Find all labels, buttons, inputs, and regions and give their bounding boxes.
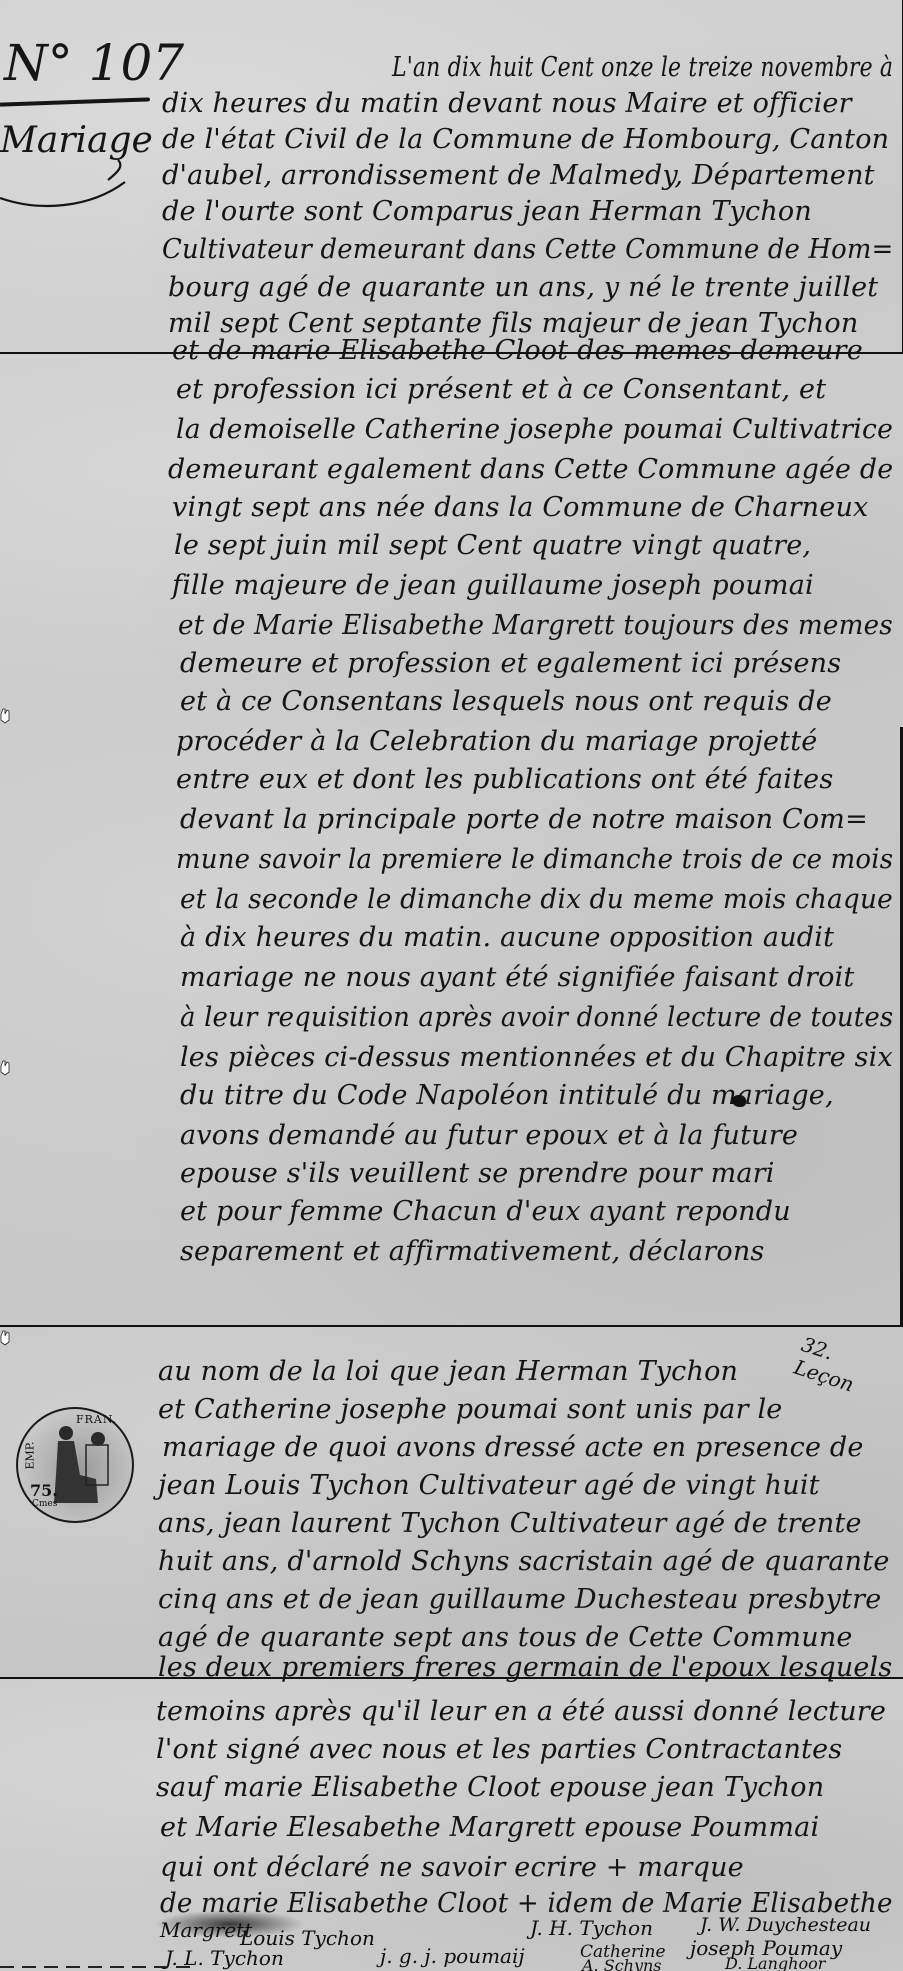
revenue-stamp: FRAN. EMP. 75. Cmes xyxy=(16,1407,134,1523)
text-line: à leur requisition après avoir donné lec… xyxy=(180,1002,893,1033)
text-line: demeure et profession et egalement ici p… xyxy=(180,648,841,679)
text-line: vingt sept ans née dans la Commune de Ch… xyxy=(172,492,868,523)
text-line: et à ce Consentans lesquels nous ont req… xyxy=(180,686,832,717)
hand-cursor-icon xyxy=(0,1330,10,1346)
text-line: L'an dix huit Cent onze le treize novemb… xyxy=(392,52,893,83)
text-line: mariage de quoi avons dressé acte en pre… xyxy=(162,1432,864,1463)
text-line: et profession ici présent et à ce Consen… xyxy=(176,374,826,405)
text-line: et pour femme Chacun d'eux ayant repondu xyxy=(180,1196,791,1227)
text-line: la demoiselle Catherine josephe poumai C… xyxy=(176,414,893,445)
hand-cursor-icon xyxy=(0,1060,10,1076)
text-line: Cultivateur demeurant dans Cette Commune… xyxy=(162,234,893,265)
text-line: ans, jean laurent Tychon Cultivateur agé… xyxy=(158,1508,862,1539)
text-line: au nom de la loi que jean Herman Tychon xyxy=(158,1356,738,1387)
text-line: huit ans, d'arnold Schyns sacristain agé… xyxy=(158,1546,890,1577)
text-line: separement et affirmativement, déclarons xyxy=(180,1236,764,1267)
text-line: le sept juin mil sept Cent quatre vingt … xyxy=(174,530,811,561)
text-line: et Marie Elesabethe Margrett epouse Poum… xyxy=(160,1812,819,1843)
text-line: cinq ans et de jean guillaume Duchesteau… xyxy=(158,1584,881,1615)
text-line: jean Louis Tychon Cultivateur agé de vin… xyxy=(158,1470,820,1501)
dashed-rule xyxy=(0,1966,190,1968)
text-line: et Catherine josephe poumai sont unis pa… xyxy=(158,1394,783,1425)
signature-jh-tychon: J. H. Tychon xyxy=(530,1916,653,1940)
hand-cursor-icon xyxy=(0,708,10,724)
text-line: de l'état Civil de la Commune de Hombour… xyxy=(162,124,889,155)
text-line: devant la principale porte de notre mais… xyxy=(180,804,868,835)
text-line: de l'ourte sont Comparus jean Herman Tyc… xyxy=(162,196,812,227)
text-line: qui ont déclaré ne savoir ecrire + marqu… xyxy=(160,1852,744,1883)
text-line: entre eux et dont les publications ont é… xyxy=(176,764,833,795)
text-line: demeurant egalement dans Cette Commune a… xyxy=(168,454,893,485)
stamp-unit: Cmes xyxy=(32,1499,57,1509)
text-line: d'aubel, arrondissement de Malmedy, Dépa… xyxy=(162,160,875,191)
ink-blot xyxy=(732,1095,746,1107)
entry-number: N° 107 xyxy=(4,34,184,92)
flourish-icon xyxy=(0,150,140,210)
text-line: à dix heures du matin. aucune opposition… xyxy=(180,922,834,953)
text-line: mariage ne nous ayant été signifiée fais… xyxy=(180,962,854,993)
signature-duchesteau: J. W. Duychesteau xyxy=(700,1914,871,1936)
text-line: l'ont signé avec nous et les parties Con… xyxy=(156,1734,842,1765)
signature-margrett: Margrett xyxy=(160,1918,252,1942)
text-line: dix heures du matin devant nous Maire et… xyxy=(162,88,852,119)
signature-langhoor: D. Langhoor xyxy=(725,1954,825,1971)
text-line: les deux premiers freres germain de l'ep… xyxy=(158,1652,892,1683)
stamp-side-text: EMP. xyxy=(23,1442,36,1470)
text-line: epouse s'ils veuillent se prendre pour m… xyxy=(180,1158,775,1189)
text-line: et la seconde le dimanche dix du meme mo… xyxy=(180,884,893,915)
text-line: temoins après qu'il leur en a été aussi … xyxy=(156,1696,886,1727)
text-line: sauf marie Elisabethe Cloot epouse jean … xyxy=(156,1772,824,1803)
text-line: les pièces ci-dessus mentionnées et du C… xyxy=(180,1042,893,1073)
stamp-value: 75. xyxy=(30,1481,58,1500)
signature-schyns: A. Schyns xyxy=(582,1956,662,1971)
signature-poumaij: j. g. j. poumaij xyxy=(380,1944,525,1968)
text-line: bourg agé de quarante un ans, y né le tr… xyxy=(168,272,878,303)
text-line: et de marie Elisabethe Cloot des memes d… xyxy=(172,335,863,366)
text-line: procéder à la Celebration du mariage pro… xyxy=(176,726,817,757)
text-line: et de Marie Elisabethe Margrett toujours… xyxy=(178,610,893,641)
text-line: agé de quarante sept ans tous de Cette C… xyxy=(158,1622,853,1653)
text-line: fille majeure de jean guillaume joseph p… xyxy=(172,570,814,601)
text-line: mune savoir la premiere le dimanche troi… xyxy=(176,844,893,875)
text-line: avons demandé au futur epoux et à la fut… xyxy=(180,1120,798,1151)
